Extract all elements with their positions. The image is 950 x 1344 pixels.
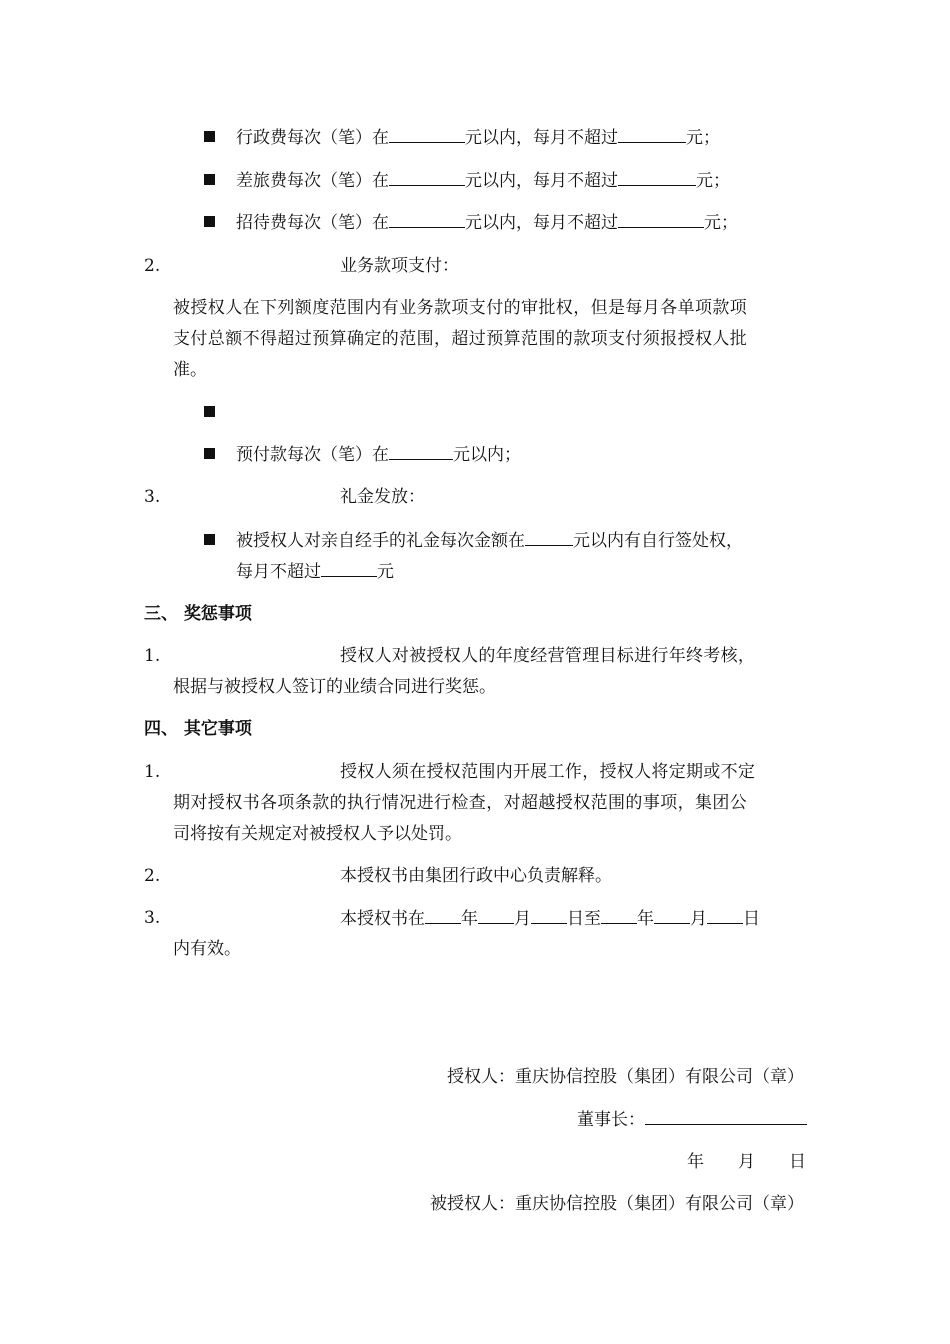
item-number: 1. bbox=[144, 645, 160, 667]
bullet-icon bbox=[204, 448, 215, 459]
document-page: 行政费每次（笔）在元以内，每月不超过元； 差旅费每次（笔）在元以内，每月不超过元… bbox=[0, 0, 950, 1344]
blank-field[interactable] bbox=[654, 907, 690, 924]
bullet-icon bbox=[204, 406, 215, 417]
bullet-icon bbox=[204, 534, 215, 545]
paragraph-line: 内有效。 bbox=[173, 938, 241, 960]
gift-text: 被授权人对亲自经手的礼金每次金额在 bbox=[236, 531, 525, 551]
item-number: 2. bbox=[144, 255, 160, 277]
blank-field[interactable] bbox=[531, 907, 567, 924]
blank-field[interactable] bbox=[618, 126, 686, 143]
section-heading: 四、 其它事项 bbox=[144, 718, 252, 740]
blank-field[interactable] bbox=[478, 907, 514, 924]
validity-text: 日至 bbox=[567, 909, 601, 929]
blank-field[interactable] bbox=[707, 907, 743, 924]
validity-text: 月 bbox=[690, 909, 707, 929]
blank-field[interactable] bbox=[601, 907, 637, 924]
paragraph-line: 准。 bbox=[173, 359, 207, 381]
paragraph-line: 本授权书由集团行政中心负责解释。 bbox=[340, 865, 612, 887]
paragraph-line: 期对授权书各项条款的执行情况进行检查，对超越授权范围的事项，集团公 bbox=[173, 792, 747, 814]
gift-text: 元 bbox=[377, 562, 394, 582]
paragraph-line: 授权人须在授权范围内开展工作，授权人将定期或不定 bbox=[340, 761, 755, 783]
expense-text: 行政费每次（笔）在 bbox=[236, 128, 389, 148]
signature-date: 年 月 日 bbox=[687, 1151, 806, 1173]
blank-field[interactable] bbox=[389, 126, 465, 143]
prepay-text: 元以内； bbox=[453, 445, 521, 465]
validity-text: 月 bbox=[514, 909, 531, 929]
expense-text: 元以内，每月不超过 bbox=[465, 213, 618, 233]
paragraph-line: 根据与被授权人签订的业绩合同进行奖惩。 bbox=[173, 676, 496, 698]
prepayment-item: 预付款每次（笔）在元以内； bbox=[236, 443, 521, 466]
paragraph-line: 被授权人在下列额度范围内有业务款项支付的审批权，但是每月各单项款项 bbox=[173, 297, 747, 319]
validity-text: 日 bbox=[743, 909, 760, 929]
blank-field[interactable] bbox=[618, 211, 704, 228]
blank-field[interactable] bbox=[389, 211, 465, 228]
validity-period-line: 本授权书在年月日至年月日 bbox=[340, 907, 760, 930]
gift-text: 元以内有自行签处权， bbox=[573, 531, 743, 551]
validity-text: 本授权书在 bbox=[340, 909, 425, 929]
validity-text: 年 bbox=[461, 909, 478, 929]
paragraph-line: 司将按有关规定对被授权人予以处罚。 bbox=[173, 823, 462, 845]
expense-item-travel: 差旅费每次（笔）在元以内，每月不超过元； bbox=[236, 169, 730, 192]
item-number: 3. bbox=[144, 907, 160, 929]
paragraph-line: 支付总额不得超过预算确定的范围，超过预算范围的款项支付须报授权人批 bbox=[173, 328, 747, 350]
blank-field[interactable] bbox=[525, 529, 573, 546]
bullet-icon bbox=[204, 174, 215, 185]
chairman-signature-field[interactable] bbox=[645, 1108, 807, 1125]
blank-field[interactable] bbox=[389, 169, 465, 186]
blank-field[interactable] bbox=[389, 443, 453, 460]
expense-item-entertainment: 招待费每次（笔）在元以内，每月不超过元； bbox=[236, 211, 738, 234]
gift-item-line2: 每月不超过元 bbox=[236, 560, 394, 583]
prepay-text: 预付款每次（笔）在 bbox=[236, 445, 389, 465]
expense-text: 元以内，每月不超过 bbox=[465, 128, 618, 148]
chairman-signature: 董事长： bbox=[577, 1108, 807, 1131]
section-title: 礼金发放： bbox=[340, 486, 425, 508]
gift-item-line1: 被授权人对亲自经手的礼金每次金额在元以内有自行签处权， bbox=[236, 529, 743, 552]
gift-text: 每月不超过 bbox=[236, 562, 321, 582]
bullet-icon bbox=[204, 131, 215, 142]
item-number: 1. bbox=[144, 761, 160, 783]
blank-field[interactable] bbox=[321, 560, 377, 577]
grantee-signature: 被授权人：重庆协信控股（集团）有限公司（章） bbox=[430, 1193, 804, 1215]
item-number: 2. bbox=[144, 865, 160, 887]
expense-text: 元； bbox=[686, 128, 720, 148]
expense-text: 元以内，每月不超过 bbox=[465, 171, 618, 191]
validity-text: 年 bbox=[637, 909, 654, 929]
section-title: 业务款项支付： bbox=[340, 255, 459, 277]
grantor-signature: 授权人：重庆协信控股（集团）有限公司（章） bbox=[447, 1066, 804, 1088]
expense-item-admin: 行政费每次（笔）在元以内，每月不超过元； bbox=[236, 126, 720, 149]
item-number: 3. bbox=[144, 486, 160, 508]
blank-field[interactable] bbox=[425, 907, 461, 924]
chairman-label: 董事长： bbox=[577, 1110, 645, 1130]
bullet-icon bbox=[204, 216, 215, 227]
expense-text: 元； bbox=[704, 213, 738, 233]
expense-text: 差旅费每次（笔）在 bbox=[236, 171, 389, 191]
expense-text: 招待费每次（笔）在 bbox=[236, 213, 389, 233]
paragraph-line: 授权人对被授权人的年度经营管理目标进行年终考核， bbox=[340, 645, 755, 667]
section-heading: 三、 奖惩事项 bbox=[144, 603, 252, 625]
blank-field[interactable] bbox=[618, 169, 696, 186]
expense-text: 元； bbox=[696, 171, 730, 191]
